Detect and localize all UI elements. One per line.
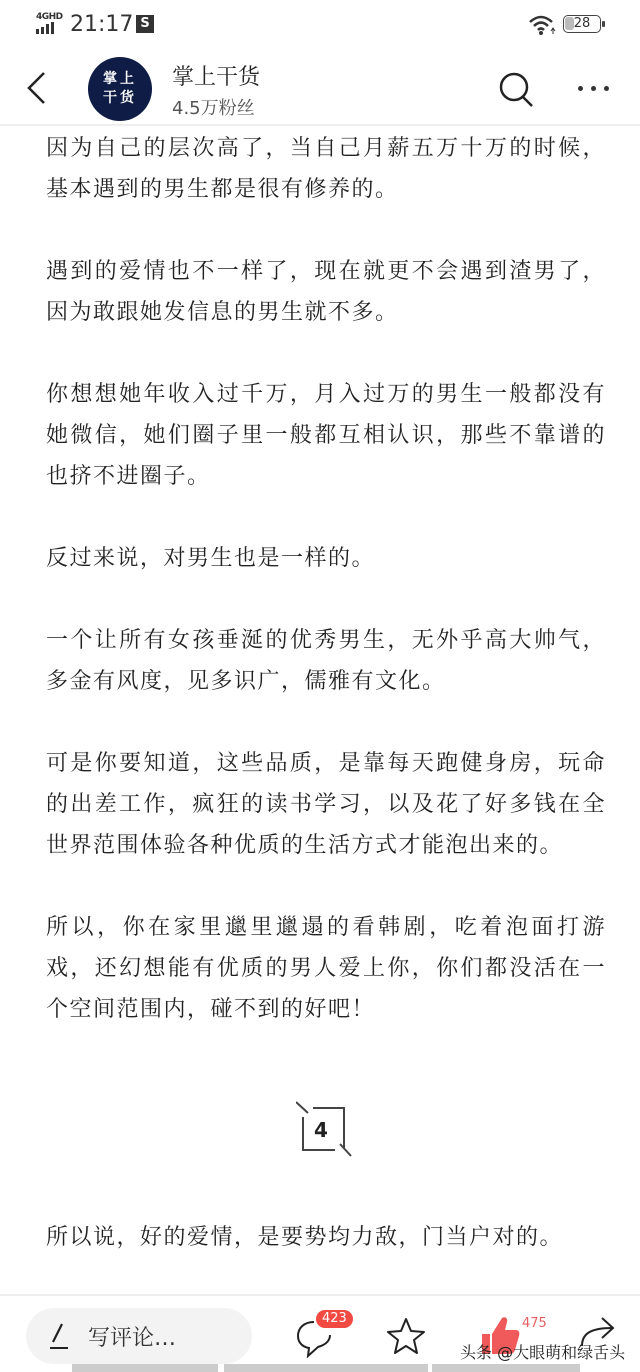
signal-icon: 4GHD	[34, 12, 64, 36]
paragraph: 因为自己的层次高了，当自己月薪五万十万的时候，基本遇到的男生都是很有修养的。	[46, 128, 606, 210]
top-nav: 掌上 干货 掌上干货 4.5万粉丝	[0, 50, 640, 126]
watermark: 头条 @大眼萌和绿舌头	[460, 1340, 625, 1363]
favorite-star-icon[interactable]	[386, 1316, 426, 1356]
nav-indicator	[432, 1364, 580, 1372]
paragraph: 一个让所有女孩垂涎的优秀男生，无外乎高大帅气，多金有风度，见多识广，儒雅有文化。	[46, 620, 606, 702]
bottom-action-bar: 写评论… 423 475 头条 @大眼萌和绿舌头	[0, 1294, 640, 1372]
notification-s-icon: S	[136, 15, 154, 33]
account-name[interactable]: 掌上干货	[172, 60, 260, 91]
pen-icon	[48, 1322, 70, 1350]
nav-indicator	[72, 1364, 218, 1372]
back-arrow-icon[interactable]	[22, 70, 52, 106]
nav-indicator	[224, 1364, 428, 1372]
comment-input[interactable]: 写评论…	[26, 1308, 252, 1364]
paragraph: 所以说，好的爱情，是要势均力敌，门当户对的。	[46, 1217, 606, 1258]
follower-count: 4.5万粉丝	[172, 94, 255, 120]
like-count: 475	[522, 1316, 547, 1331]
status-bar: 4GHD 21:17 S 28	[0, 0, 640, 50]
network-type: 4GHD	[36, 12, 63, 22]
clock: 21:17	[70, 12, 133, 37]
more-options-icon[interactable]	[578, 86, 609, 91]
paragraph: 你想想她年收入过千万，月入过万的男生一般都没有她微信，她们圈子里一般都互相认识，…	[46, 374, 606, 497]
paragraph: 可是你要知道，这些品质，是靠每天跑健身房，玩命的出差工作，疯狂的读书学习，以及花…	[46, 743, 606, 866]
wifi-icon	[528, 14, 556, 36]
paragraph: 遇到的爱情也不一样了，现在就更不会遇到渣男了，因为敢跟她发信息的男生就不多。	[46, 251, 606, 333]
avatar[interactable]: 掌上 干货	[88, 57, 152, 121]
comment-count-badge: 423	[316, 1310, 353, 1328]
section-number-marker: 4	[296, 1100, 352, 1158]
search-icon[interactable]	[497, 70, 537, 110]
paragraph: 所以，你在家里邋里邋遢的看韩剧，吃着泡面打游戏，还幻想能有优质的男人爱上你，你们…	[46, 907, 606, 1030]
battery-indicator: 28	[563, 15, 601, 33]
article-body: 因为自己的层次高了，当自己月薪五万十万的时候，基本遇到的男生都是很有修养的。 遇…	[46, 128, 606, 1071]
paragraph: 反过来说，对男生也是一样的。	[46, 538, 606, 579]
